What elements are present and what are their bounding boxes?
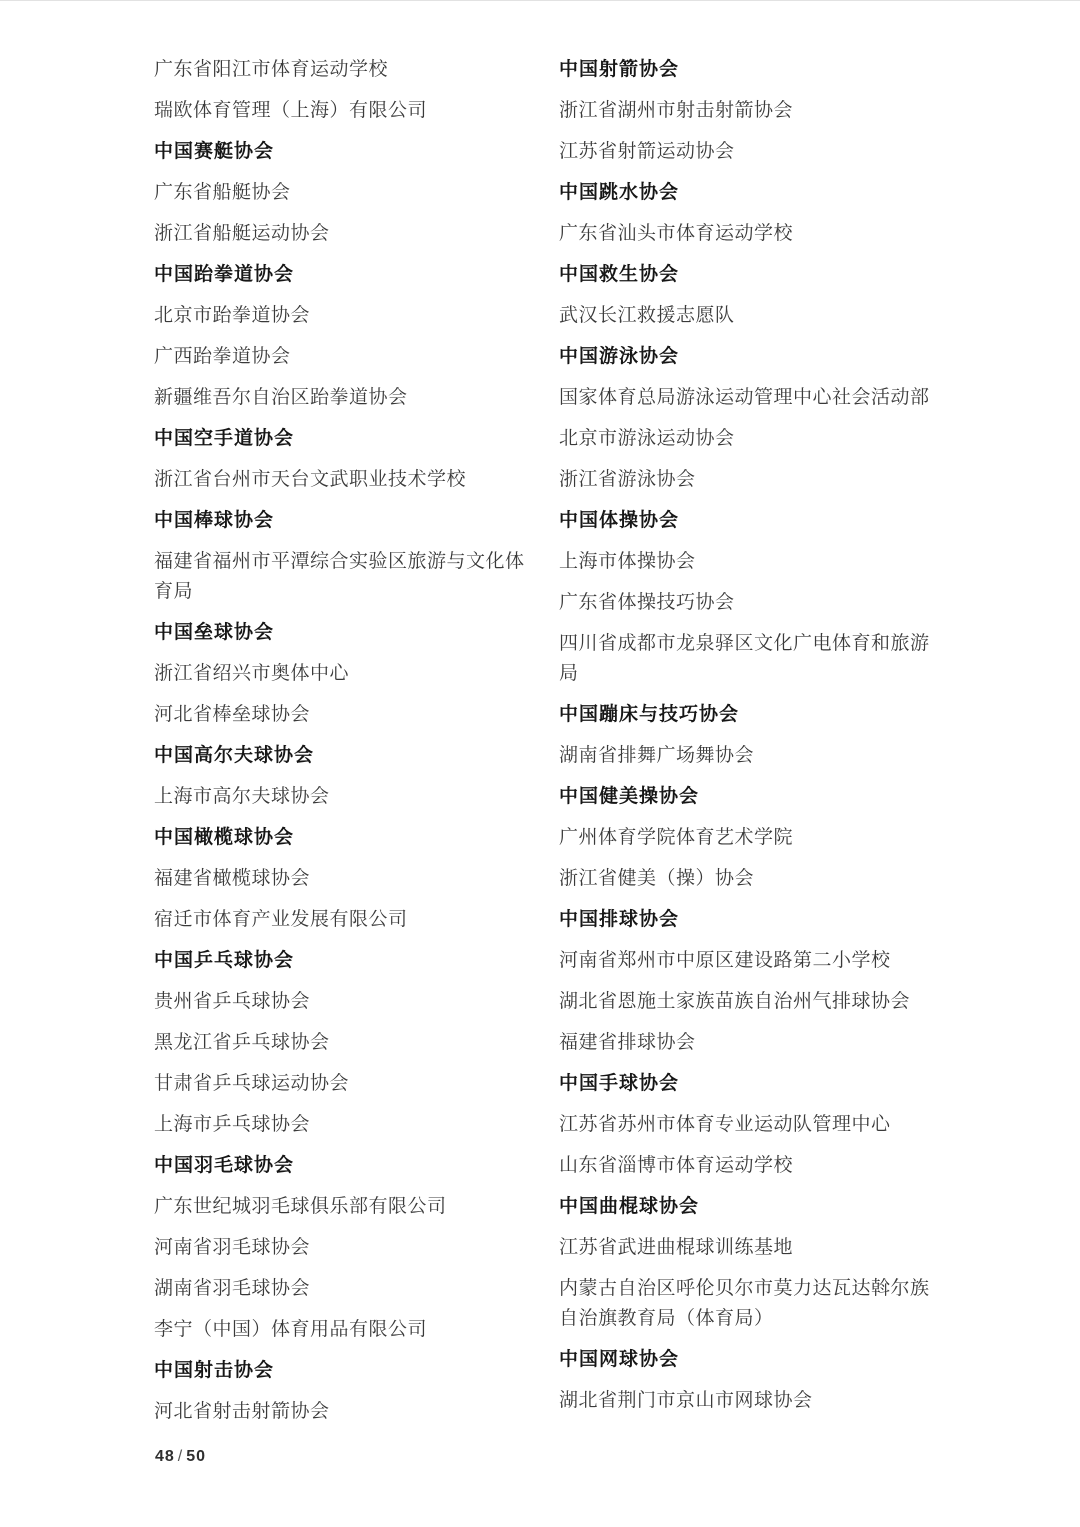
section-header: 中国跆拳道协会	[154, 260, 530, 290]
org-list-item: 浙江省船艇运动协会	[154, 219, 530, 249]
page-number-total: 50	[186, 1448, 206, 1465]
section-header: 中国跳水协会	[559, 178, 935, 208]
org-list-item: 湖北省荆门市京山市网球协会	[559, 1386, 935, 1416]
org-list-item: 内蒙古自治区呼伦贝尔市莫力达瓦达斡尔族自治旗教育局（体育局）	[559, 1274, 935, 1334]
section-header: 中国体操协会	[559, 506, 935, 536]
section-header: 中国橄榄球协会	[154, 823, 530, 853]
section-header: 中国游泳协会	[559, 342, 935, 372]
section-header: 中国羽毛球协会	[154, 1151, 530, 1181]
section-header: 中国赛艇协会	[154, 137, 530, 167]
org-list-item: 上海市高尔夫球协会	[154, 782, 530, 812]
org-list-item: 浙江省台州市天台文武职业技术学校	[154, 465, 530, 495]
page-number: 48/50	[155, 1448, 206, 1466]
org-list-item: 浙江省健美（操）协会	[559, 864, 935, 894]
org-list-item: 福建省橄榄球协会	[154, 864, 530, 894]
section-header: 中国救生协会	[559, 260, 935, 290]
org-list-item: 广东省船艇协会	[154, 178, 530, 208]
org-list-item: 新疆维吾尔自治区跆拳道协会	[154, 383, 530, 413]
section-header: 中国网球协会	[559, 1345, 935, 1375]
section-header: 中国手球协会	[559, 1069, 935, 1099]
section-header: 中国高尔夫球协会	[154, 741, 530, 771]
org-list-item: 四川省成都市龙泉驿区文化广电体育和旅游局	[559, 629, 935, 689]
org-list-item: 河北省射击射箭协会	[154, 1397, 530, 1427]
org-list-item: 武汉长江救援志愿队	[559, 301, 935, 331]
document-page: 广东省阳江市体育运动学校瑞欧体育管理（上海）有限公司中国赛艇协会广东省船艇协会浙…	[0, 0, 1080, 1527]
org-list-item: 李宁（中国）体育用品有限公司	[154, 1315, 530, 1345]
org-list-item: 广东世纪城羽毛球俱乐部有限公司	[154, 1192, 530, 1222]
org-list-item: 黑龙江省乒乓球协会	[154, 1028, 530, 1058]
org-list-item: 甘肃省乒乓球运动协会	[154, 1069, 530, 1099]
org-list-item: 浙江省游泳协会	[559, 465, 935, 495]
org-list-item: 湖北省恩施土家族苗族自治州气排球协会	[559, 987, 935, 1017]
org-list-item: 河南省羽毛球协会	[154, 1233, 530, 1263]
org-list-item: 广东省阳江市体育运动学校	[154, 55, 530, 85]
page-number-separator: /	[175, 1448, 186, 1465]
section-header: 中国排球协会	[559, 905, 935, 935]
section-header: 中国健美操协会	[559, 782, 935, 812]
section-header: 中国空手道协会	[154, 424, 530, 454]
org-list-item: 江苏省射箭运动协会	[559, 137, 935, 167]
org-list-item: 福建省排球协会	[559, 1028, 935, 1058]
org-list-item: 宿迁市体育产业发展有限公司	[154, 905, 530, 935]
section-header: 中国射箭协会	[559, 55, 935, 85]
org-list-item: 河南省郑州市中原区建设路第二小学校	[559, 946, 935, 976]
section-header: 中国棒球协会	[154, 506, 530, 536]
right-column: 中国射箭协会浙江省湖州市射击射箭协会江苏省射箭运动协会中国跳水协会广东省汕头市体…	[559, 55, 935, 1438]
org-list-item: 河北省棒垒球协会	[154, 700, 530, 730]
org-list-item: 湖南省排舞广场舞协会	[559, 741, 935, 771]
org-list-item: 北京市跆拳道协会	[154, 301, 530, 331]
section-header: 中国垒球协会	[154, 618, 530, 648]
section-header: 中国射击协会	[154, 1356, 530, 1386]
two-column-list: 广东省阳江市体育运动学校瑞欧体育管理（上海）有限公司中国赛艇协会广东省船艇协会浙…	[0, 1, 1080, 1438]
org-list-item: 贵州省乒乓球协会	[154, 987, 530, 1017]
org-list-item: 广东省汕头市体育运动学校	[559, 219, 935, 249]
page-number-current: 48	[155, 1448, 175, 1465]
section-header: 中国蹦床与技巧协会	[559, 700, 935, 730]
org-list-item: 江苏省武进曲棍球训练基地	[559, 1233, 935, 1263]
org-list-item: 上海市体操协会	[559, 547, 935, 577]
org-list-item: 国家体育总局游泳运动管理中心社会活动部	[559, 383, 935, 413]
section-header: 中国曲棍球协会	[559, 1192, 935, 1222]
section-header: 中国乒乓球协会	[154, 946, 530, 976]
org-list-item: 浙江省绍兴市奥体中心	[154, 659, 530, 689]
left-column: 广东省阳江市体育运动学校瑞欧体育管理（上海）有限公司中国赛艇协会广东省船艇协会浙…	[154, 55, 530, 1438]
org-list-item: 上海市乒乓球协会	[154, 1110, 530, 1140]
org-list-item: 广州体育学院体育艺术学院	[559, 823, 935, 853]
org-list-item: 瑞欧体育管理（上海）有限公司	[154, 96, 530, 126]
org-list-item: 湖南省羽毛球协会	[154, 1274, 530, 1304]
org-list-item: 福建省福州市平潭综合实验区旅游与文化体育局	[154, 547, 530, 607]
org-list-item: 浙江省湖州市射击射箭协会	[559, 96, 935, 126]
org-list-item: 山东省淄博市体育运动学校	[559, 1151, 935, 1181]
org-list-item: 江苏省苏州市体育专业运动队管理中心	[559, 1110, 935, 1140]
org-list-item: 广东省体操技巧协会	[559, 588, 935, 618]
org-list-item: 北京市游泳运动协会	[559, 424, 935, 454]
org-list-item: 广西跆拳道协会	[154, 342, 530, 372]
